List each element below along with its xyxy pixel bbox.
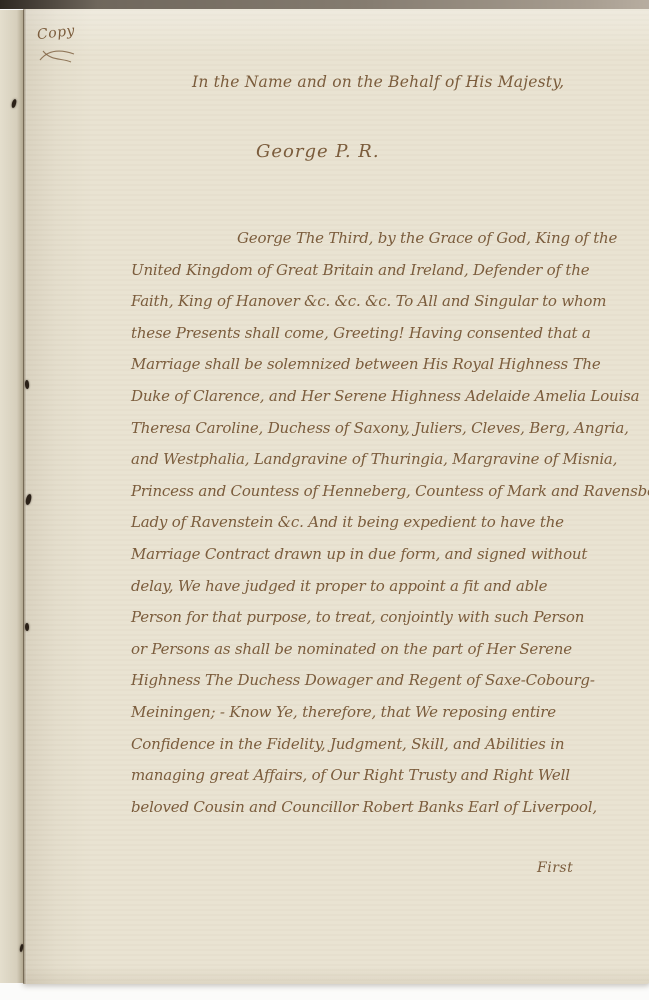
royal-sign-manual: George P. R. — [256, 141, 380, 162]
manuscript-line: these Presents shall come, Greeting! Hav… — [131, 318, 636, 350]
manuscript-line: Confidence in the Fidelity, Judgment, Sk… — [131, 729, 636, 761]
manuscript-line: Duke of Clarence, and Her Serene Highnes… — [131, 381, 636, 413]
adjacent-leaf-edge — [0, 10, 24, 983]
manuscript-line: George The Third, by the Grace of God, K… — [131, 223, 636, 255]
manuscript-line: or Persons as shall be nominated on the … — [131, 634, 636, 666]
manuscript-line: Princess and Countess of Henneberg, Coun… — [131, 476, 636, 508]
manuscript-photograph: Copy In the Name and on the Behalf of Hi… — [0, 0, 649, 1000]
catchword: First — [537, 860, 573, 876]
manuscript-line: Meiningen; - Know Ye, therefore, that We… — [131, 697, 636, 729]
manuscript-line: Marriage shall be solemnized between His… — [131, 349, 636, 381]
manuscript-line: delay, We have judged it proper to appoi… — [131, 571, 636, 603]
manuscript-line: and Westphalia, Landgravine of Thuringia… — [131, 444, 636, 476]
manuscript-line: Person for that purpose, to treat, conjo… — [131, 602, 636, 634]
photo-top-edge — [0, 0, 649, 9]
manuscript-body: George The Third, by the Grace of God, K… — [131, 223, 636, 823]
manuscript-line: Theresa Caroline, Duchess of Saxony, Jul… — [131, 413, 636, 445]
document-heading: In the Name and on the Behalf of His Maj… — [192, 73, 564, 91]
manuscript-line: beloved Cousin and Councillor Robert Ban… — [131, 792, 636, 824]
manuscript-line: Highness The Duchess Dowager and Regent … — [131, 665, 636, 697]
copy-flourish — [38, 47, 78, 65]
manuscript-line: Marriage Contract drawn up in due form, … — [131, 539, 636, 571]
manuscript-line: Faith, King of Hanover &c. &c. &c. To Al… — [131, 286, 636, 318]
manuscript-line: managing great Affairs, of Our Right Tru… — [131, 760, 636, 792]
manuscript-line: Lady of Ravenstein &c. And it being expe… — [131, 507, 636, 539]
manuscript-line: United Kingdom of Great Britain and Irel… — [131, 255, 636, 287]
